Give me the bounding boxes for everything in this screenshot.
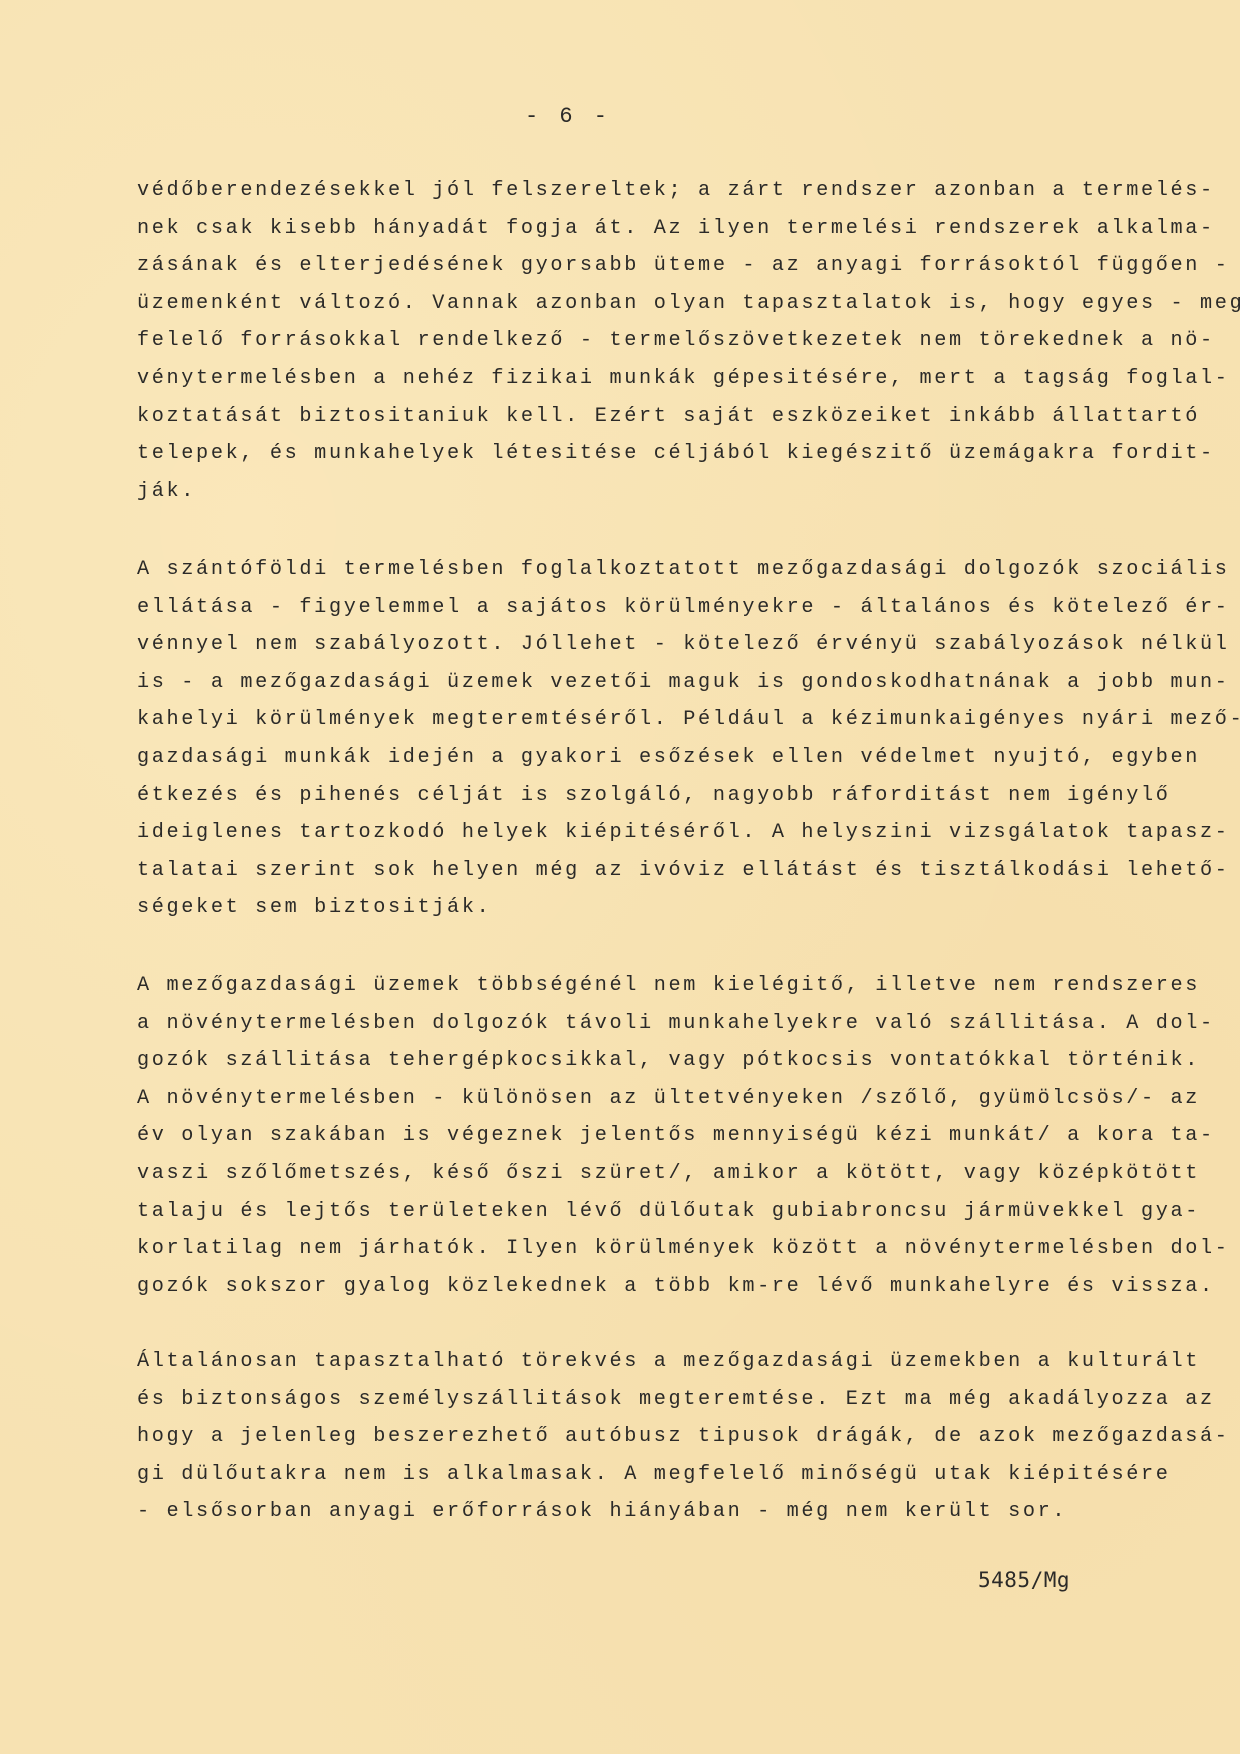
text-line: - elsősorban anyagi erőforrások hiányába…	[137, 1493, 1147, 1531]
text-line: A mezőgazdasági üzemek többségénél nem k…	[137, 967, 1147, 1005]
text-line: A szántóföldi termelésben foglalkoztatot…	[137, 551, 1147, 589]
text-line: telepek, és munkahelyek létesitése céljá…	[137, 435, 1147, 473]
paragraph-2: A szántóföldi termelésben foglalkoztatot…	[137, 551, 1147, 927]
text-line: zásának és elterjedésének gyorsabb üteme…	[137, 247, 1147, 285]
text-line: felelő forrásokkal rendelkező - termelős…	[137, 322, 1147, 360]
text-line: A növénytermelésben - különösen az ültet…	[137, 1080, 1147, 1118]
text-line: ellátása - figyelemmel a sajátos körülmé…	[137, 589, 1147, 627]
page-number: - 6 -	[0, 104, 1136, 129]
text-line: és biztonságos személyszállitások megter…	[137, 1381, 1147, 1419]
text-line: ségeket sem biztositják.	[137, 889, 1147, 927]
text-line: talaju és lejtős területeken lévő dülőut…	[137, 1193, 1147, 1231]
text-line: gazdasági munkák idején a gyakori esőzés…	[137, 739, 1147, 777]
text-line: üzemenként változó. Vannak azonban olyan…	[137, 285, 1147, 323]
text-line: vénytermelésben a nehéz fizikai munkák g…	[137, 360, 1147, 398]
text-line: ideiglenes tartozkodó helyek kiépitésérő…	[137, 814, 1147, 852]
reference-code: 5485/Mg	[978, 1568, 1070, 1592]
text-line: vaszi szőlőmetszés, késő őszi szüret/, a…	[137, 1155, 1147, 1193]
paragraph-1: védőberendezésekkel jól felszereltek; a …	[137, 172, 1147, 510]
text-line: nek csak kisebb hányadát fogja át. Az il…	[137, 210, 1147, 248]
paragraph-4: Általánosan tapasztalható törekvés a mez…	[137, 1343, 1147, 1531]
paragraph-3: A mezőgazdasági üzemek többségénél nem k…	[137, 967, 1147, 1305]
text-line: vénnyel nem szabályozott. Jóllehet - köt…	[137, 626, 1147, 664]
text-line: talatai szerint sok helyen még az ivóviz…	[137, 852, 1147, 890]
text-line: kahelyi körülmények megteremtéséről. Pél…	[137, 701, 1147, 739]
text-line: ják.	[137, 473, 1147, 511]
text-line: védőberendezésekkel jól felszereltek; a …	[137, 172, 1147, 210]
text-line: hogy a jelenleg beszerezhető autóbusz ti…	[137, 1418, 1147, 1456]
text-line: év olyan szakában is végeznek jelentős m…	[137, 1117, 1147, 1155]
text-line: gozók szállitása tehergépkocsikkal, vagy…	[137, 1042, 1147, 1080]
text-line: gi dülőutakra nem is alkalmasak. A megfe…	[137, 1456, 1147, 1494]
text-line: korlatilag nem járhatók. Ilyen körülmény…	[137, 1230, 1147, 1268]
text-line: Általánosan tapasztalható törekvés a mez…	[137, 1343, 1147, 1381]
text-line: is - a mezőgazdasági üzemek vezetői magu…	[137, 664, 1147, 702]
text-line: étkezés és pihenés célját is szolgáló, n…	[137, 777, 1147, 815]
text-line: a növénytermelésben dolgozók távoli munk…	[137, 1005, 1147, 1043]
text-line: gozók sokszor gyalog közlekednek a több …	[137, 1268, 1147, 1306]
text-line: koztatását biztositaniuk kell. Ezért saj…	[137, 398, 1147, 436]
